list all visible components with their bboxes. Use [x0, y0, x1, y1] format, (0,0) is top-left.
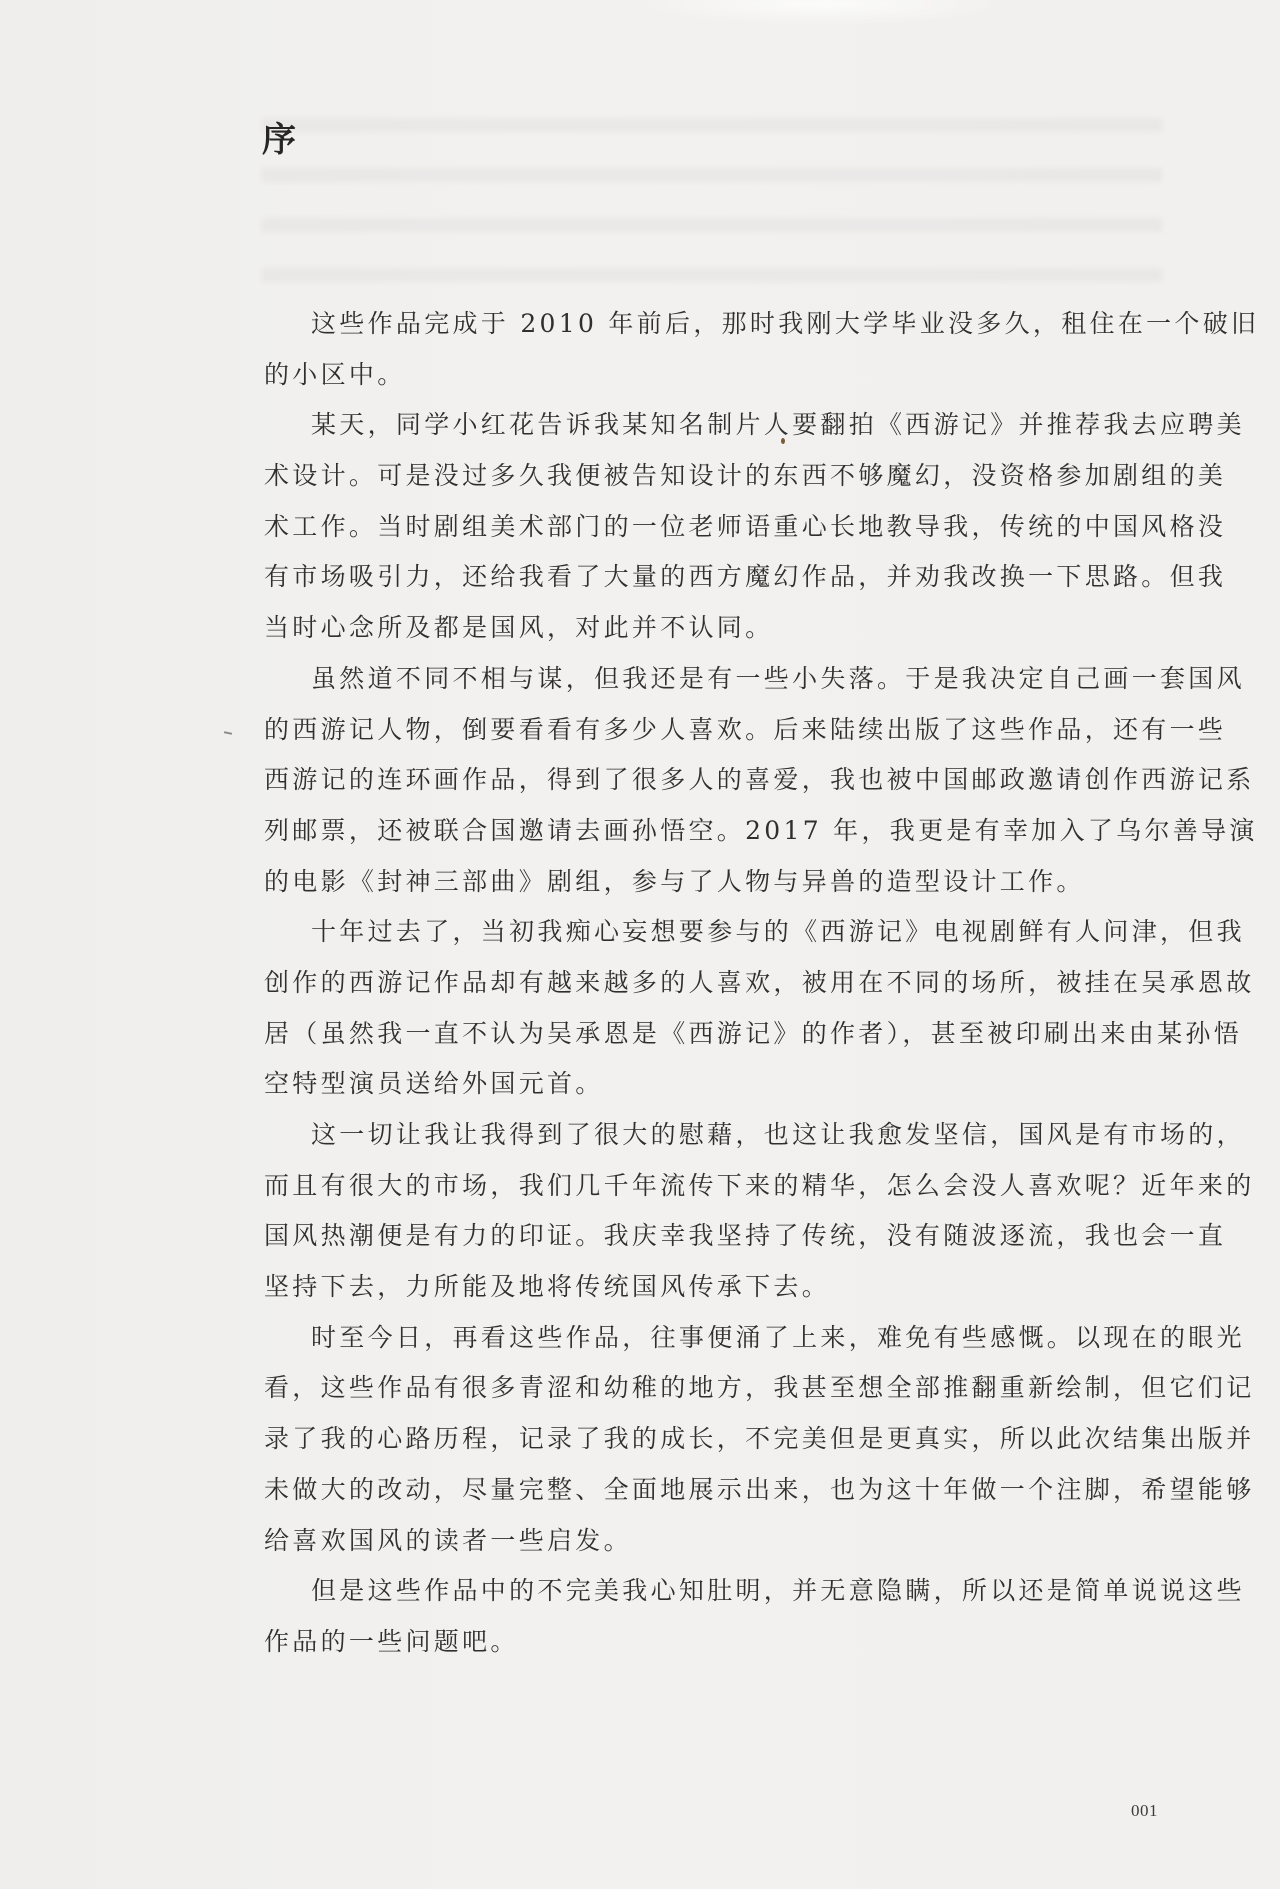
- text-line: 未做大的改动，尽量完整、全面地展示出来，也为这十年做一个注脚，希望能够: [264, 1473, 1164, 1524]
- text-line: 术设计。可是没过多久我便被告知设计的东西不够魔幻，没资格参加剧组的美: [264, 459, 1164, 510]
- text-line: 国风热潮便是有力的印证。我庆幸我坚持了传统，没有随波逐流，我也会一直: [264, 1219, 1164, 1270]
- text-line: 列邮票，还被联合国邀请去画孙悟空。2017 年，我更是有幸加入了乌尔善导演: [264, 814, 1164, 865]
- text-line: 某天，同学小红花告诉我某知名制片人要翻拍《西游记》并推荐我去应聘美: [264, 408, 1164, 459]
- text-line: 但是这些作品中的不完美我心知肚明，并无意隐瞒，所以还是简单说说这些: [264, 1574, 1164, 1625]
- text-line: 的西游记人物，倒要看看有多少人喜欢。后来陆续出版了这些作品，还有一些: [264, 713, 1164, 764]
- text-line: 术工作。当时剧组美术部门的一位老师语重心长地教导我，传统的中国风格没: [264, 510, 1164, 561]
- text-line: 而且有很大的市场，我们几千年流传下来的精华，怎么会没人喜欢呢？近年来的: [264, 1169, 1164, 1220]
- text-line: 看，这些作品有很多青涩和幼稚的地方，我甚至想全部推翻重新绘制，但它们记: [264, 1371, 1164, 1422]
- text-line: 虽然道不同不相与谋，但我还是有一些小失落。于是我决定自己画一套国风: [264, 662, 1164, 713]
- text-line: 给喜欢国风的读者一些启发。: [264, 1524, 1164, 1575]
- show-through-mark: [262, 118, 1162, 132]
- text-line: 空特型演员送给外国元首。: [264, 1067, 1164, 1118]
- text-line: 的电影《封神三部曲》剧组，参与了人物与异兽的造型设计工作。: [264, 865, 1164, 916]
- text-line: 时至今日，再看这些作品，往事便涌了上来，难免有些感慨。以现在的眼光: [264, 1321, 1164, 1372]
- text-line: 当时心念所及都是国风，对此并不认同。: [264, 611, 1164, 662]
- book-page: 序 这些作品完成于 2010 年前后，那时我刚大学毕业没多久，租住在一个破旧 的…: [0, 0, 1280, 1889]
- text-line: 的小区中。: [264, 358, 1164, 409]
- show-through-mark: [262, 218, 1162, 232]
- ink-speck: [781, 438, 785, 444]
- text-line: 这一切让我让我得到了很大的慰藉，也这让我愈发坚信，国风是有市场的，: [264, 1118, 1164, 1169]
- page-title: 序: [262, 123, 296, 157]
- text-line: 西游记的连环画作品，得到了很多人的喜爱，我也被中国邮政邀请创作西游记系: [264, 763, 1164, 814]
- text-line: 居（虽然我一直不认为吴承恩是《西游记》的作者），甚至被印刷出来由某孙悟: [264, 1017, 1164, 1068]
- text-line: 创作的西游记作品却有越来越多的人喜欢，被用在不同的场所，被挂在吴承恩故: [264, 966, 1164, 1017]
- text-line: 录了我的心路历程，记录了我的成长，不完美但是更真实，所以此次结集出版并: [264, 1422, 1164, 1473]
- text-line: 有市场吸引力，还给我看了大量的西方魔幻作品，并劝我改换一下思路。但我: [264, 560, 1164, 611]
- show-through-mark: [262, 268, 1162, 282]
- show-through-mark: [262, 168, 1162, 182]
- text-line: 作品的一些问题吧。: [264, 1625, 1164, 1676]
- text-line: 坚持下去，力所能及地将传统国风传承下去。: [264, 1270, 1164, 1321]
- page-number: 001: [1131, 1801, 1158, 1821]
- text-line: 十年过去了，当初我痴心妄想要参与的《西游记》电视剧鲜有人问津，但我: [264, 915, 1164, 966]
- text-line: 这些作品完成于 2010 年前后，那时我刚大学毕业没多久，租住在一个破旧: [264, 307, 1164, 358]
- stray-mark: [224, 731, 232, 735]
- preface-body: 这些作品完成于 2010 年前后，那时我刚大学毕业没多久，租住在一个破旧 的小区…: [264, 307, 1164, 1676]
